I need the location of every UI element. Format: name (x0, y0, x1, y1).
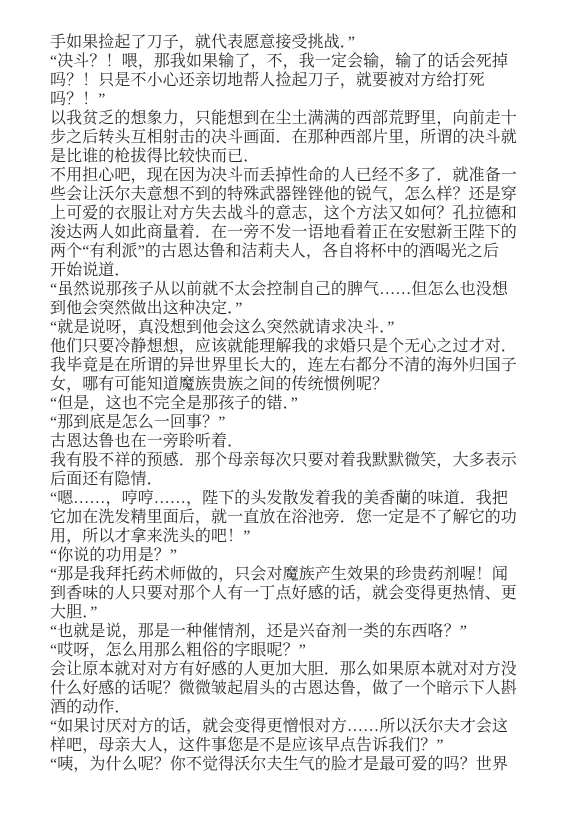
text-line: “那到底是怎么一回事？” (50, 413, 550, 432)
text-line: 我有股不祥的预感．那个母亲每次只要对着我默默微笑，大多表示 (50, 451, 550, 470)
text-line: 它加在洗发精里面后，就一直放在浴池旁．您一定是不了解它的功 (50, 508, 550, 527)
text-line: 两个“有利派”的古恩达鲁和洁莉夫人，各自将杯中的酒喝光之后 (50, 242, 550, 261)
text-line: “嗯……，哼哼……，陛下的头发散发着我的美香蘭的味道．我把 (50, 489, 550, 508)
text-line: 他们只要冷静想想，应该就能理解我的求婚只是个无心之过才对． (50, 337, 550, 356)
text-line: 大胆．” (50, 603, 550, 622)
text-line: “就是说呀，真没想到他会这么突然就请求决斗．” (50, 318, 550, 337)
text-line: 是比谁的枪拔得比较快而已． (50, 147, 550, 166)
text-line: 浚达两人如此商量着．在一旁不发一语地看着正在安慰新王陛下的 (50, 223, 550, 242)
text-line: 不用担心吧，现在因为决斗而丢掉性命的人已经不多了．就准备一 (50, 166, 550, 185)
text-line: “你说的功用是？” (50, 546, 550, 565)
text-line: 到香味的人只要对那个人有一丁点好感的话，就会变得更热情、更 (50, 584, 550, 603)
text-line: 女，哪有可能知道魔族贵族之间的传统惯例呢？ (50, 375, 550, 394)
text-line: 上可爱的衣服让对方失去战斗的意志，这个方法又如何？孔拉德和 (50, 204, 550, 223)
text-line: 后面还有隐情． (50, 470, 550, 489)
text-line: 古恩达鲁也在一旁聆听着． (50, 432, 550, 451)
text-line: 样吧，母亲大人，这件事您是不是应该早点告诉我们？” (50, 736, 550, 755)
text-line: 步之后转头互相射击的决斗画面．在那种西部片里，所谓的决斗就 (50, 128, 550, 147)
text-line: 手如果捡起了刀子，就代表愿意接受挑战．” (50, 33, 550, 52)
text-line: “也就是说，那是一种催情剂，还是兴奋剂一类的东西咯？” (50, 622, 550, 641)
text-line: 吗？！只是不小心还亲切地帮人捡起刀子，就要被对方给打死 (50, 71, 550, 90)
text-line: 我毕竟是在所谓的异世界里长大的，连左右都分不清的海外归国子 (50, 356, 550, 375)
text-line: 开始说道． (50, 261, 550, 280)
text-line: 吗？！” (50, 90, 550, 109)
text-line: “虽然说那孩子从以前就不太会控制自己的脾气……但怎么也没想 (50, 280, 550, 299)
document-page: 手如果捡起了刀子，就代表愿意接受挑战．”“决斗？！喂，那我如果输了，不，我一定会… (0, 0, 583, 828)
text-line: 到他会突然做出这种决定．” (50, 299, 550, 318)
text-block: 手如果捡起了刀子，就代表愿意接受挑战．”“决斗？！喂，那我如果输了，不，我一定会… (50, 33, 550, 774)
text-line: 以我贫乏的想象力，只能想到在尘土满满的西部荒野里，向前走十 (50, 109, 550, 128)
text-line: “哎呀，怎么用那么粗俗的字眼呢？” (50, 641, 550, 660)
text-line: 酒的动作． (50, 698, 550, 717)
text-line: “那是我拜托药术师做的，只会对魔族产生效果的珍贵药剂喔！闻 (50, 565, 550, 584)
text-line: 会让原本就对对方有好感的人更加大胆．那么如果原本就对对方没 (50, 660, 550, 679)
text-line: 什么好感的话呢？微微皱起眉头的古恩达鲁，做了一个暗示下人斟 (50, 679, 550, 698)
text-line: 用，所以才拿来洗头的吧！” (50, 527, 550, 546)
text-line: “咦，为什么呢？你不觉得沃尔夫生气的脸才是最可爱的吗？世界 (50, 755, 550, 774)
text-line: “决斗？！喂，那我如果输了，不，我一定会输，输了的话会死掉 (50, 52, 550, 71)
text-line: 些会让沃尔夫意想不到的特殊武器锉锉他的锐气，怎么样？还是穿 (50, 185, 550, 204)
text-line: “但是，这也不完全是那孩子的错．” (50, 394, 550, 413)
text-line: “如果讨厌对方的话，就会变得更憎恨对方……所以沃尔夫才会这 (50, 717, 550, 736)
